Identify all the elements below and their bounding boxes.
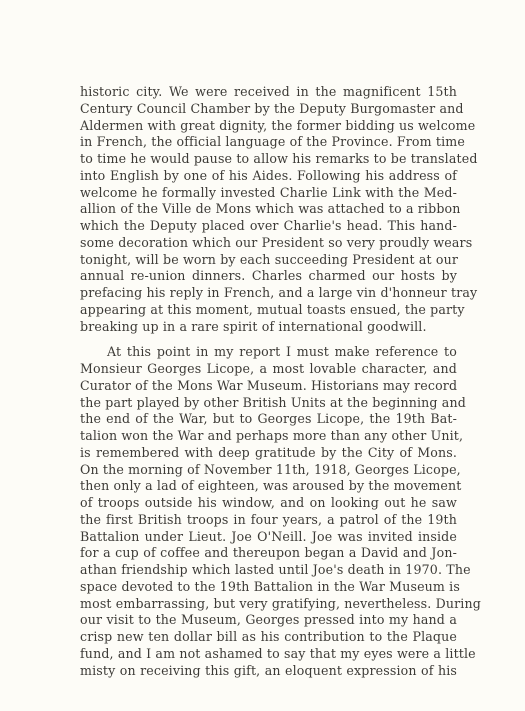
text-line: Battalion under Lieut. Joe O'Neill. Joe … [80, 529, 457, 546]
text-line: welcome he formally invested Charlie Lin… [80, 185, 457, 202]
text-line: the part played by other British Units a… [80, 395, 457, 412]
text-line: annual re-union dinners. Charles charmed… [80, 268, 457, 285]
text-line: misty on receiving this gift, an eloquen… [80, 663, 457, 680]
text-line: On the morning of November 11th, 1918, G… [80, 462, 457, 479]
text-line: some decoration which our President so v… [80, 235, 457, 252]
text-line: into English by one of his Aides. Follow… [80, 168, 457, 185]
text-line: appearing at this moment, mutual toasts … [80, 302, 457, 319]
text-line: of troops outside his window, and on loo… [80, 495, 457, 512]
body-text: historic city. We were received in the m… [80, 84, 457, 679]
text-line: Aldermen with great dignity, the former … [80, 118, 457, 135]
text-line: the end of the War, but to Georges Licop… [80, 411, 457, 428]
text-line: is remembered with deep gratitude by the… [80, 445, 457, 462]
paragraph-mons-reception: historic city. We were received in the m… [80, 84, 457, 335]
text-line: the first British troops in four years, … [80, 512, 457, 529]
text-line: allion of the Ville de Mons which was at… [80, 201, 457, 218]
text-line: Monsieur Georges Licope, a most lovable … [80, 361, 457, 378]
text-line: Curator of the Mons War Museum. Historia… [80, 378, 457, 395]
text-line: athan friendship which lasted until Joe'… [80, 562, 457, 579]
text-line: tonight, will be worn by each succeeding… [80, 252, 457, 269]
document-page: historic city. We were received in the m… [0, 0, 525, 711]
paragraph-georges-licope: At this point in my report I must make r… [80, 344, 457, 679]
text-line: then only a lad of eighteen, was aroused… [80, 478, 457, 495]
text-line: most embarrassing, but very gratifying, … [80, 596, 457, 613]
text-line: our visit to the Museum, Georges pressed… [80, 612, 457, 629]
text-line: At this point in my report I must make r… [80, 344, 457, 361]
text-line: breaking up in a rare spirit of internat… [80, 319, 457, 336]
text-line: in French, the official language of the … [80, 134, 457, 151]
text-line: historic city. We were received in the m… [80, 84, 457, 101]
text-line: crisp new ten dollar bill as his contrib… [80, 629, 457, 646]
text-line: for a cup of coffee and thereupon began … [80, 545, 457, 562]
text-line: Century Council Chamber by the Deputy Bu… [80, 101, 457, 118]
text-line: which the Deputy placed over Charlie's h… [80, 218, 457, 235]
text-line: to time he would pause to allow his rema… [80, 151, 457, 168]
text-line: prefacing his reply in French, and a lar… [80, 285, 457, 302]
text-line: fund, and I am not ashamed to say that m… [80, 646, 457, 663]
text-line: talion won the War and perhaps more than… [80, 428, 457, 445]
text-line: space devoted to the 19th Battalion in t… [80, 579, 457, 596]
